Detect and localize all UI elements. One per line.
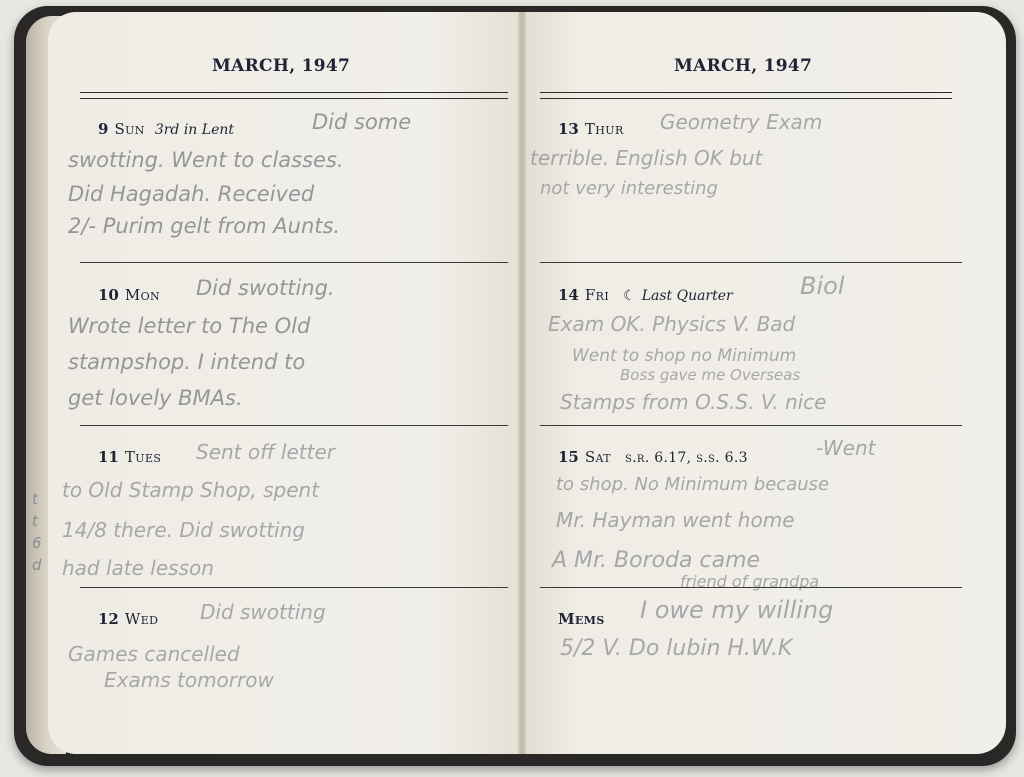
day-divider [540, 262, 962, 263]
handwritten-line: friend of grandpa [680, 572, 819, 591]
handwritten-line: Exam OK. Physics V. Bad [548, 312, 795, 336]
handwritten-line: not very interesting [540, 178, 718, 199]
handwritten-line: Geometry Exam [660, 110, 822, 134]
handwritten-line: 2/- Purim gelt from Aunts. [68, 214, 340, 238]
day-name: Sun [114, 120, 144, 138]
day-number: 10 [98, 286, 119, 304]
handwritten-line: Boss gave me Overseas [620, 366, 800, 384]
handwritten-line: Did swotting. [196, 276, 335, 300]
handwritten-line: Sent off letter [196, 440, 335, 464]
moon-phase-icon: ☾ [623, 288, 636, 304]
day-divider [80, 587, 508, 588]
day-heading-11: 11Tues [98, 448, 161, 466]
day-name: Thur [585, 120, 624, 138]
handwritten-line: Exams tomorrow [104, 668, 274, 692]
handwritten-line: -Went [816, 436, 875, 460]
handwritten-line: Games cancelled [68, 642, 240, 666]
day-number: 13 [558, 120, 579, 138]
handwritten-line: Did swotting [200, 600, 326, 624]
mems-label: Mems [558, 610, 605, 628]
handwritten-line: Went to shop no Minimum [572, 346, 796, 366]
handwritten-line: terrible. English OK but [530, 146, 762, 170]
day-divider [540, 587, 962, 588]
handwritten-line: A Mr. Boroda came [552, 548, 760, 573]
day-divider [80, 425, 508, 426]
handwritten-line: had late lesson [62, 556, 214, 580]
day-heading-12: 12Wed [98, 610, 158, 628]
handwritten-line: Did Hagadah. Received [68, 182, 314, 206]
day-divider [540, 425, 962, 426]
day-name: Tues [125, 448, 161, 466]
handwritten-line: swotting. Went to classes. [68, 148, 344, 172]
handwritten-line: get lovely BMAs. [68, 386, 243, 410]
handwritten-line: Stamps from O.S.S. V. nice [560, 390, 826, 414]
margin-marks: t t 6 d [32, 488, 42, 576]
mems-heading: Mems [558, 610, 605, 628]
day-heading-15: 15Sats.r. 6.17, s.s. 6.3 [558, 448, 748, 466]
handwritten-line: Wrote letter to The Old [68, 314, 310, 338]
day-heading-10: 10Mon [98, 286, 160, 304]
right-page-title: MARCH, 1947 [674, 56, 812, 76]
day-name: Fri [585, 286, 609, 304]
left-page-title: MARCH, 1947 [212, 56, 350, 76]
day-number: 9 [98, 120, 108, 138]
handwritten-line: 5/2 V. Do lubin H.W.K [560, 636, 792, 661]
day-name: Wed [125, 610, 158, 628]
day-name: Sat [585, 448, 611, 466]
day-number: 11 [98, 448, 119, 466]
day-heading-13: 13Thur [558, 120, 624, 138]
day-heading-14: 14Fri☾Last Quarter [558, 286, 733, 304]
handwritten-line: Biol [800, 272, 844, 300]
handwritten-line: Mr. Hayman went home [556, 508, 795, 532]
day-heading-9: 9Sun3rd in Lent [98, 120, 234, 138]
day-name: Mon [125, 286, 160, 304]
book-gutter [518, 12, 526, 754]
day-number: 15 [558, 448, 579, 466]
handwritten-line: Did some [312, 110, 411, 134]
header-double-rule [540, 92, 952, 99]
printed-note: 3rd in Lent [155, 122, 234, 138]
printed-note: Last Quarter [642, 288, 733, 304]
handwritten-line: to shop. No Minimum because [556, 474, 829, 495]
sunrise-sunset: s.r. 6.17, s.s. 6.3 [625, 450, 748, 466]
day-divider [80, 262, 508, 263]
handwritten-line: I owe my willing [640, 596, 833, 624]
day-number: 14 [558, 286, 579, 304]
handwritten-line: to Old Stamp Shop, spent [62, 478, 319, 502]
day-number: 12 [98, 610, 119, 628]
handwritten-line: 14/8 there. Did swotting [62, 518, 305, 542]
header-double-rule [80, 92, 508, 99]
handwritten-line: stampshop. I intend to [68, 350, 305, 374]
